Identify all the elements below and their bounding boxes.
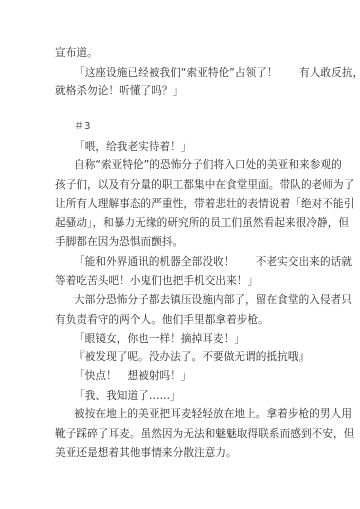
text-line: 孩子们，以及有分量的职工都集中在食堂里面。带队的老师为了 (55, 178, 315, 192)
text-line: 「喂，给我老实待着！」 (74, 140, 315, 154)
text-line: 等着吃苦头吧！小鬼们也把手机交出来！」 (55, 274, 315, 288)
text-line: 有负责看守的两个人。他们手里都拿着步枪。 (55, 313, 315, 327)
text-line: 就格杀勿论！听懂了吗？」 (55, 84, 315, 98)
document-page: 宣布道。「这座设施已经被我们“索亚特伦”占领了！ 有人敢反抗，就格杀勿论！听懂了… (0, 0, 360, 509)
section-heading: ＃3 (74, 120, 315, 134)
text-line: 被按在地上的美亚把耳麦轻轻放在地上。拿着步枪的男人用 (74, 407, 315, 421)
text-line: 「快点！ 想被射吗！」 (74, 369, 315, 383)
text-line: 宣布道。 (55, 46, 315, 60)
text-line: 让所有人理解事态的严重性，带着悲壮的表情说着「绝对不能引 (55, 197, 315, 211)
text-line: 「我、我知道了……」 (74, 389, 315, 403)
text-line: 大部分恐怖分子都去镇压设施内部了，留在食堂的入侵者只 (74, 293, 315, 307)
text-line: 「眼镜女，你也一样！摘掉耳麦！」 (74, 332, 315, 346)
text-line: 自称“索亚特伦”的恐怖分子们将入口处的美亚和来参观的 (74, 158, 315, 172)
text-line: 美亚还是想着其他事情来分散注意力。 (55, 446, 315, 460)
text-line: 靴子踩碎了耳麦。虽然因为无法和魅魅取得联系而感到不安，但 (55, 427, 315, 441)
text-line: 「能和外界通讯的机器全部没收！ 不老实交出来的话就 (74, 255, 315, 269)
text-line: 起骚动」，和暴力无缘的研究所的员工们虽然看起来很冷静，但 (55, 216, 315, 230)
text-line: 『被发现了呢。没办法了。不要做无谓的抵抗哦』 (74, 350, 315, 364)
text-line: 手脚都在因为恐惧而颤抖。 (55, 235, 315, 249)
text-line: 「这座设施已经被我们“索亚特伦”占领了！ 有人敢反抗， (74, 66, 315, 80)
